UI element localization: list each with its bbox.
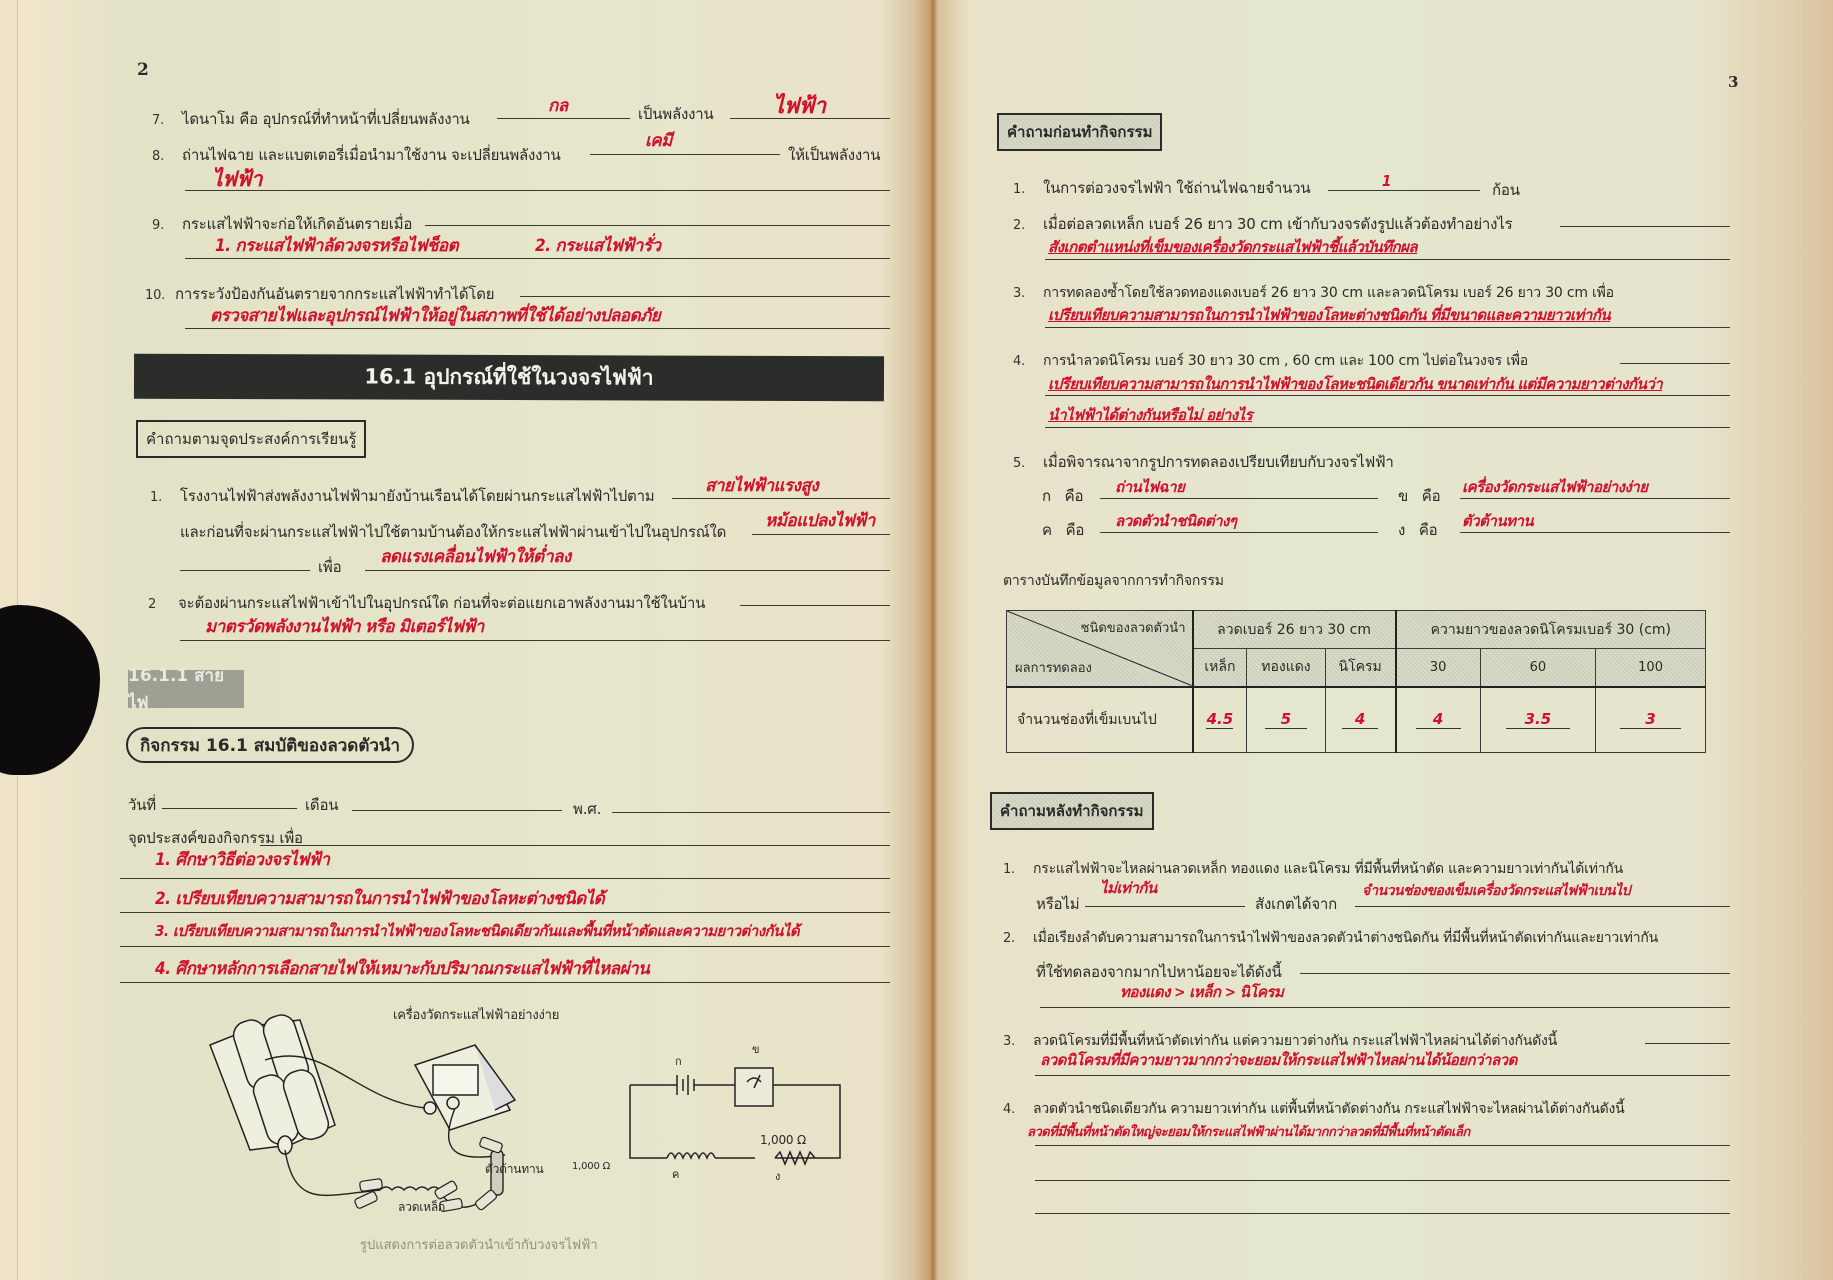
subsection-tag: 16.1.1 สายไฟ xyxy=(128,670,244,708)
purpose-label: เพื่อ xyxy=(318,555,341,579)
post-activity-box: คำถามหลังทำกิจกรรม xyxy=(990,792,1154,830)
answer-line[interactable] xyxy=(120,912,890,913)
table-col-header: 100 xyxy=(1596,649,1706,687)
table-col-header: ทองแดง xyxy=(1247,649,1325,687)
section-banner: 16.1 อุปกรณ์ที่ใช้ในวงจรไฟฟ้า xyxy=(134,354,884,402)
year-label: พ.ศ. xyxy=(573,797,601,821)
answer-line[interactable] xyxy=(120,878,890,879)
handwritten-answer: ลวดที่มีพื้นที่หน้าตัดใหญ่จะยอมให้กระแสไ… xyxy=(1027,1121,1470,1142)
handwritten-answer: จำนวนช่องของเข็มเครื่องวัดกระแสไฟฟ้าเบนไ… xyxy=(1362,880,1630,902)
answer-line[interactable] xyxy=(365,570,890,571)
handwritten-answer: 2. กระแสไฟฟ้ารั่ว xyxy=(535,232,661,259)
table-cell[interactable]: 4 xyxy=(1396,687,1481,753)
handwritten-answer: ทองแดง > เหล็ก > นิโครม xyxy=(1120,980,1283,1004)
results-table: ชนิดของลวดตัวนำ ผลการทดลอง ลวดเบอร์ 26 ย… xyxy=(1006,610,1706,753)
table-cell[interactable]: 4 xyxy=(1325,687,1396,753)
answer-line[interactable] xyxy=(752,534,890,535)
table-cell[interactable]: 4.5 xyxy=(1193,687,1247,753)
month-label: เดือน xyxy=(305,793,338,817)
objective-box: คำถามตามจุดประสงค์การเรียนรู้ xyxy=(136,420,366,458)
pre-question-2: 2.เมื่อต่อลวดเหล็ก เบอร์ 26 ยาว 30 cm เข… xyxy=(1013,212,1512,236)
post-question-2: 2.เมื่อเรียงลำดับความสามารถในการนำไฟฟ้าข… xyxy=(1003,927,1658,949)
answer-line[interactable] xyxy=(185,258,890,259)
answer-line[interactable] xyxy=(1085,906,1245,907)
answer-line[interactable] xyxy=(1045,427,1730,428)
handwritten-answer: ตัวต้านทาน xyxy=(1462,509,1533,533)
answer-line[interactable] xyxy=(1035,1180,1730,1181)
unit-label: ก้อน xyxy=(1492,178,1520,202)
part-d: ง คือ xyxy=(1398,518,1438,542)
answer-line[interactable] xyxy=(180,570,310,571)
answer-line[interactable] xyxy=(120,982,890,983)
day-field[interactable] xyxy=(162,808,297,809)
circuit-label-a: ก xyxy=(675,1052,681,1070)
table-corner-header: ชนิดของลวดตัวนำ ผลการทดลอง xyxy=(1007,611,1193,687)
table-cell[interactable]: 3.5 xyxy=(1480,687,1595,753)
answer-line[interactable] xyxy=(260,845,890,846)
answer-line[interactable] xyxy=(1560,226,1730,227)
post-question-1-line3: สังเกตได้จาก xyxy=(1255,892,1337,916)
pre-question-4: 4.การนำลวดนิโครม เบอร์ 30 ยาว 30 cm , 60… xyxy=(1013,350,1528,372)
part-c: ค คือ xyxy=(1042,518,1084,542)
circuit-diagram xyxy=(625,1050,865,1180)
table-title: ตารางบันทึกข้อมูลจากการทำกิจกรรม xyxy=(1003,570,1224,592)
handwritten-answer: ลดแรงเคลื่อนไฟฟ้าให้ต่ำลง xyxy=(380,543,571,570)
month-field[interactable] xyxy=(352,810,562,811)
figure-caption: รูปแสดงการต่อลวดตัวนำเข้ากับวงจรไฟฟ้า xyxy=(360,1234,598,1255)
handwritten-answer: หม้อแปลงไฟฟ้า xyxy=(765,507,875,534)
answer-line[interactable] xyxy=(1045,327,1730,328)
objective-question-2: 2จะต้องผ่านกระแสไฟฟ้าเข้าไปในอุปกรณ์ใด ก… xyxy=(148,591,705,615)
handwritten-answer: ไม่เท่ากัน xyxy=(1100,876,1157,900)
answer-line[interactable] xyxy=(1355,906,1730,907)
finger-shadow xyxy=(0,605,100,775)
handwritten-answer: 1 xyxy=(1382,172,1391,190)
circuit-resistor-value: 1,000 Ω xyxy=(760,1133,806,1147)
handwritten-answer: สายไฟฟ้าแรงสูง xyxy=(705,472,818,499)
handwritten-answer: ไฟฟ้า xyxy=(212,163,262,196)
table-group-header: ลวดเบอร์ 26 ยาว 30 cm xyxy=(1193,611,1396,649)
question-7: 7.ไดนาโม คือ อุปกรณ์ที่ทำหน้าที่เปลี่ยนพ… xyxy=(152,107,470,131)
handwritten-answer: สังเกตตำแหน่งที่เข็มของเครื่องวัดกระแสไฟ… xyxy=(1048,235,1417,259)
handwritten-answer: ลวดนิโครมที่มีความยาวมากกว่าจะยอมให้กระแ… xyxy=(1040,1048,1517,1072)
page-number-left: 2 xyxy=(137,60,149,80)
answer-line[interactable] xyxy=(425,225,890,226)
table-row-label: จำนวนช่องที่เข็มเบนไป xyxy=(1007,687,1193,753)
page-number-right: 3 xyxy=(1728,73,1738,91)
answer-line[interactable] xyxy=(1045,395,1730,396)
book-spread: 2 7.ไดนาโม คือ อุปกรณ์ที่ทำหน้าที่เปลี่ย… xyxy=(0,0,1833,1280)
handwritten-answer: เครื่องวัดกระแสไฟฟ้าอย่างง่าย xyxy=(1462,475,1648,499)
table-col-header: เหล็ก xyxy=(1193,649,1247,687)
answer-line[interactable] xyxy=(1300,973,1730,974)
answer-line[interactable] xyxy=(1035,1145,1730,1146)
wire-label: ลวดเหล็ก xyxy=(398,1198,445,1217)
table-group-header: ความยาวของลวดนิโครมเบอร์ 30 (cm) xyxy=(1396,611,1706,649)
answer-line[interactable] xyxy=(185,328,890,329)
table-col-header: 60 xyxy=(1480,649,1595,687)
answer-line[interactable] xyxy=(180,640,890,641)
resistor-value: 1,000 Ω xyxy=(572,1161,610,1172)
post-question-1-line2: หรือไม่ xyxy=(1036,892,1079,916)
handwritten-answer: ถ่านไฟฉาย xyxy=(1115,475,1184,499)
handwritten-answer: 1. กระแสไฟฟ้าลัดวงจรหรือไฟช็อต xyxy=(215,232,458,259)
table-cell[interactable]: 3 xyxy=(1596,687,1706,753)
handwritten-answer: กล xyxy=(548,92,568,119)
handwritten-answer: นำไฟฟ้าได้ต่างกันหรือไม่ อย่างไร xyxy=(1048,403,1252,427)
purpose-item: 2. เปรียบเทียบความสามารถในการนำไฟฟ้าของโ… xyxy=(155,885,604,912)
answer-line[interactable] xyxy=(520,296,890,297)
activity-title: กิจกรรม 16.1 สมบัติของลวดตัวนำ xyxy=(126,727,414,763)
pre-activity-box: คำถามก่อนทำกิจกรรม xyxy=(997,113,1162,151)
handwritten-answer: ไฟฟ้า xyxy=(773,88,826,123)
purpose-item: 1. ศึกษาวิธีต่อวงจรไฟฟ้า xyxy=(155,846,329,873)
pre-question-5: 5.เมื่อพิจารณาจากรูปการทดลองเปรียบเทียบก… xyxy=(1013,450,1394,474)
pre-question-3: 3.การทดลองซ้ำโดยใช้ลวดทองแดงเบอร์ 26 ยาว… xyxy=(1013,282,1614,304)
table-cell[interactable]: 5 xyxy=(1247,687,1325,753)
handwritten-answer: ลวดตัวนำชนิดต่างๆ xyxy=(1115,509,1236,533)
apparatus-illustration xyxy=(205,1010,625,1220)
objective-question-1: 1.โรงงานไฟฟ้าส่งพลังงานไฟฟ้ามายังบ้านเรื… xyxy=(150,484,655,508)
answer-line[interactable] xyxy=(740,605,890,606)
answer-line[interactable] xyxy=(1035,1213,1730,1214)
answer-line[interactable] xyxy=(120,946,890,947)
year-field[interactable] xyxy=(612,812,890,813)
table-col-header: 30 xyxy=(1396,649,1481,687)
purpose-item: 4. ศึกษาหลักการเลือกสายไฟให้เหมาะกับปริม… xyxy=(155,955,649,982)
pre-question-1: 1.ในการต่อวงจรไฟฟ้า ใช้ถ่านไฟฉายจำนวน xyxy=(1013,176,1310,200)
purpose-item: 3. เปรียบเทียบความสามารถในการนำไฟฟ้าของโ… xyxy=(155,919,799,943)
answer-line[interactable] xyxy=(185,190,890,191)
answer-line[interactable] xyxy=(1645,1043,1730,1044)
handwritten-answer: ตรวจสายไฟและอุปกรณ์ไฟฟ้าให้อยู่ในสภาพที่… xyxy=(210,302,660,329)
answer-line[interactable] xyxy=(1620,363,1730,364)
handwritten-answer: เปรียบเทียบความสามารถในการนำไฟฟ้าของโลหะ… xyxy=(1048,303,1610,327)
part-a: ก คือ xyxy=(1042,484,1083,508)
objective-question-1-line2: และก่อนที่จะผ่านกระแสไฟฟ้าไปใช้ตามบ้านต้… xyxy=(180,520,726,544)
answer-line[interactable] xyxy=(1328,190,1480,191)
table-col-header: นิโครม xyxy=(1325,649,1396,687)
circuit-label-d: ง xyxy=(775,1167,780,1185)
circuit-label-b: ข xyxy=(752,1040,759,1058)
part-b: ข คือ xyxy=(1398,484,1440,508)
answer-line[interactable] xyxy=(1045,259,1730,260)
handwritten-answer: เปรียบเทียบความสามารถในการนำไฟฟ้าของโลหะ… xyxy=(1048,372,1662,396)
circuit-label-c: ค xyxy=(672,1165,679,1183)
question-7-b: เป็นพลังงาน xyxy=(638,102,714,126)
handwritten-answer: มาตรวัดพลังงานไฟฟ้า หรือ มิเตอร์ไฟฟ้า xyxy=(205,613,484,640)
question-8-b: ให้เป็นพลังงาน xyxy=(788,143,880,167)
resistor-label: ตัวต้านทาน xyxy=(485,1160,544,1179)
handwritten-answer: เคมี xyxy=(645,127,672,154)
post-question-1: 1.กระแสไฟฟ้าจะไหลผ่านลวดเหล็ก ทองแดง และ… xyxy=(1003,858,1623,880)
answer-line[interactable] xyxy=(1035,1075,1730,1076)
post-question-4: 4.ลวดตัวนำชนิดเดียวกัน ความยาวเท่ากัน แต… xyxy=(1003,1098,1625,1120)
answer-line[interactable] xyxy=(1040,1007,1730,1008)
date-label: วันที่ xyxy=(128,793,156,817)
answer-line[interactable] xyxy=(590,154,780,155)
